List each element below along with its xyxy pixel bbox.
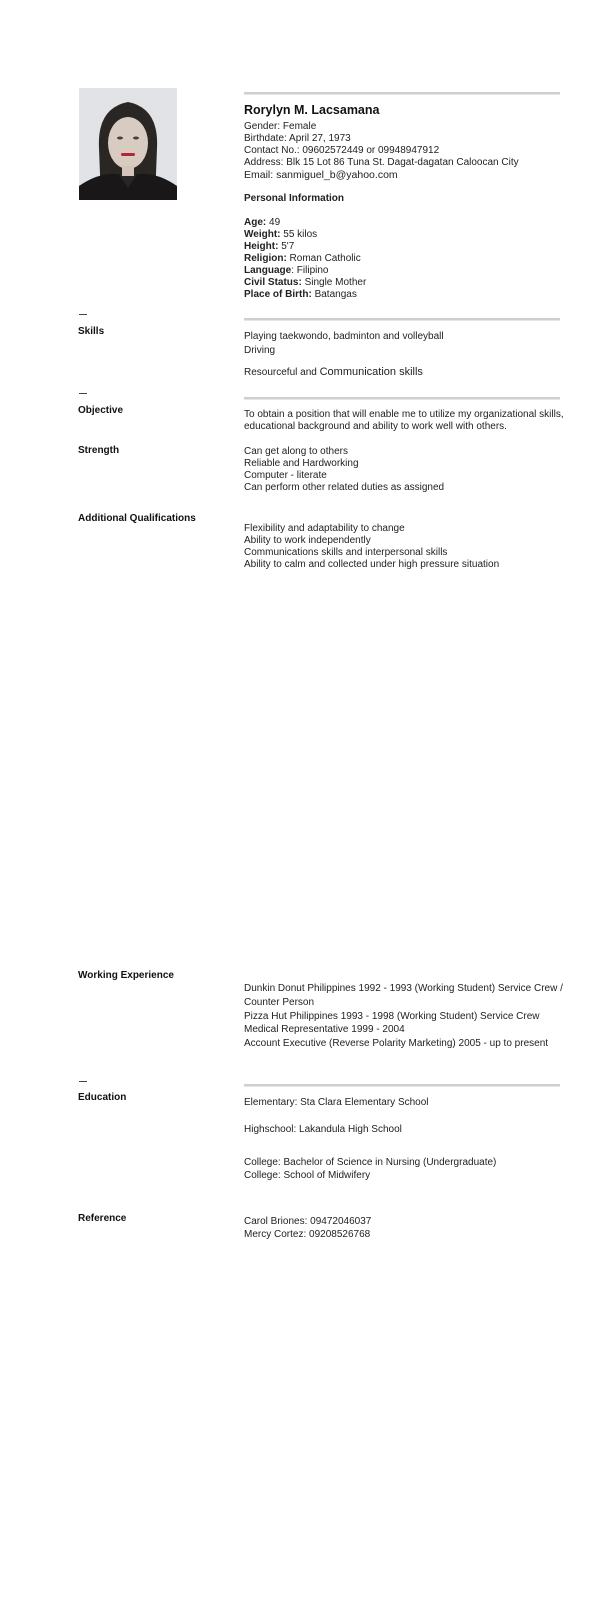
portrait-image [79,88,177,200]
experience-item: Account Executive (Reverse Polarity Mark… [244,1038,548,1050]
strength-item: Can perform other related duties as assi… [244,482,444,494]
experience-item: Dunkin Donut Philippines 1992 - 1993 (Wo… [244,983,563,995]
info-religion: Religion: Roman Catholic [244,253,361,265]
info-value: 49 [266,217,280,228]
skills-heading: Skills [78,326,104,337]
info-value: Roman Catholic [287,253,361,264]
education-college: College: School of Midwifery [244,1170,370,1182]
skill-prefix: Resourceful and [244,367,320,378]
education-college: College: Bachelor of Science in Nursing … [244,1157,496,1169]
gender-line: Gender: Female [244,121,316,133]
skill-item: Playing taekwondo, badminton and volleyb… [244,331,444,343]
info-label: Age: [244,217,266,228]
strength-item: Computer - literate [244,470,327,482]
personal-info-title: Personal Information [244,193,344,205]
info-age: Age: 49 [244,217,280,229]
address-line: Address: Blk 15 Lot 86 Tuna St. Dagat-da… [244,157,519,169]
skill-suffix: Communication skills [320,366,423,378]
profile-photo [79,88,177,200]
qualification-item: Flexibility and adaptability to change [244,523,405,535]
info-value: 5'7 [278,241,294,252]
experience-item: Medical Representative 1999 - 2004 [244,1024,405,1036]
info-language: Language: Filipino [244,265,328,277]
objective-heading: Objective [78,405,123,416]
experience-item: Counter Person [244,997,314,1009]
reference-item: Mercy Cortez: 09208526768 [244,1229,370,1241]
info-label: Religion: [244,253,287,264]
section-dash [79,314,87,315]
qualification-item: Ability to work independently [244,535,371,547]
info-civil-status: Civil Status: Single Mother [244,277,366,289]
education-divider [244,1084,560,1087]
skill-item: Resourceful and Communication skills [244,366,423,379]
additional-heading: Additional Qualifications [78,513,196,524]
info-label: Civil Status: [244,277,302,288]
email-line: Email: sanmiguel_b@yahoo.com [244,169,398,181]
skill-item: Driving [244,345,275,357]
strength-heading: Strength [78,445,119,456]
reference-heading: Reference [78,1213,126,1224]
info-value: 55 kilos [280,229,317,240]
info-value: Batangas [312,289,357,300]
skills-divider [244,318,560,321]
experience-heading: Working Experience [78,970,174,981]
strength-item: Can get along to others [244,446,348,458]
objective-line: To obtain a position that will enable me… [244,409,564,421]
objective-divider [244,397,560,400]
info-place-of-birth: Place of Birth: Batangas [244,289,357,301]
candidate-name: Rorylyn M. Lacsamana [244,104,379,116]
education-heading: Education [78,1092,126,1103]
info-value: : Filipino [291,265,328,276]
header-divider [244,92,560,95]
contact-line: Contact No.: 09602572449 or 09948947912 [244,145,439,157]
reference-item: Carol Briones: 09472046037 [244,1216,371,1228]
info-label: Height: [244,241,278,252]
section-dash [79,1081,87,1082]
section-dash [79,393,87,394]
education-elementary: Elementary: Sta Clara Elementary School [244,1097,429,1109]
strength-item: Reliable and Hardworking [244,458,359,470]
qualification-item: Communications skills and interpersonal … [244,547,447,559]
education-highschool: Highschool: Lakandula High School [244,1124,402,1136]
info-label: Place of Birth: [244,289,312,300]
info-label: Language [244,265,291,276]
info-height: Height: 5'7 [244,241,294,253]
info-label: Weight: [244,229,280,240]
info-weight: Weight: 55 kilos [244,229,317,241]
objective-line: educational background and ability to wo… [244,421,507,433]
birthdate-line: Birthdate: April 27, 1973 [244,133,351,145]
qualification-item: Ability to calm and collected under high… [244,559,499,571]
info-value: Single Mother [302,277,366,288]
experience-item: Pizza Hut Philippines 1993 - 1998 (Worki… [244,1011,540,1023]
